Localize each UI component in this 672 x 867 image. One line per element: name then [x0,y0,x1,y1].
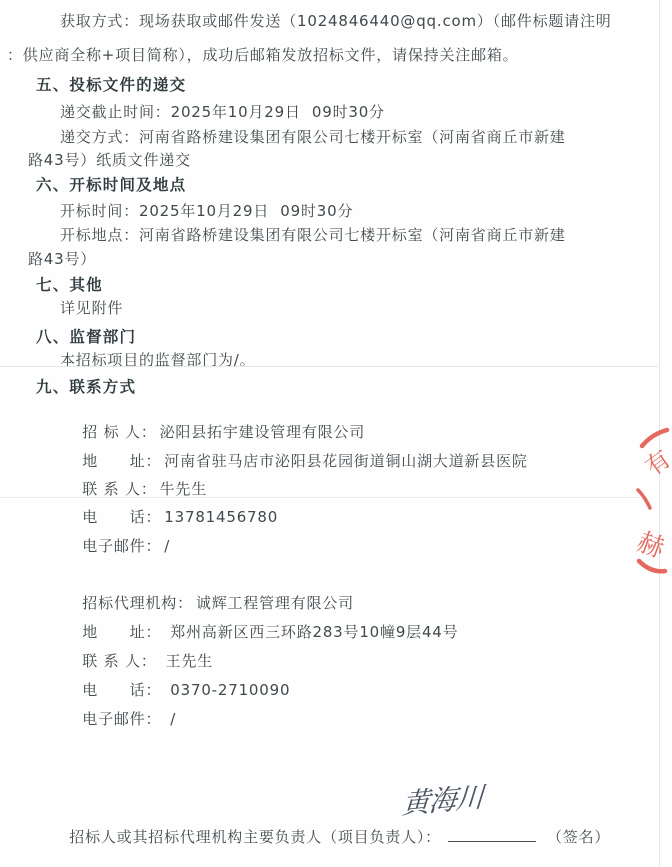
agency-address-value: 郑州高新区西三环路283号10幢9层44号 [170,623,458,641]
submission-deadline: 递交截止时间：2025年10月29日 09时30分 [60,104,385,121]
bid-opening-time: 开标时间：2025年10月29日 09时30分 [60,203,353,220]
section9-heading: 九、联系方式 [36,379,136,396]
tenderer-address-value: 河南省驻马店市泌阳县花园街道铜山湖大道新县医院 [164,452,527,470]
signature-underline [448,828,536,842]
section7-heading: 七、其他 [36,277,103,294]
submission-method-line2: 路43号）纸质文件递交 [28,152,191,169]
red-seal-fragment: 有 赫 [636,424,672,579]
seal-ring-bottom-arc [639,561,665,571]
seal-ring-top-arc [642,430,667,446]
section7-body: 详见附件 [60,300,123,317]
seal-character-top: 有 [640,445,672,482]
agency-email-label: 电子邮件： [82,710,161,728]
bid-opening-place-line1: 开标地点：河南省路桥建设集团有限公司七楼开标室（河南省商丘市新建 [60,227,566,244]
scan-artifact-hline-1 [0,366,658,367]
tenderer-email-value: / [164,537,170,555]
tenderer-email-row: 电子邮件：/ [60,521,170,572]
signature-suffix: （签名） [547,828,610,846]
submission-method-line1: 递交方式：河南省路桥建设集团有限公司七楼开标室（河南省商丘市新建 [60,129,566,146]
tenderer-email-label: 电子邮件： [82,537,161,555]
acquisition-method-line1: 获取方式：现场获取或邮件发送（1024846440@qq.com）（邮件标题请注… [60,13,612,30]
section6-heading: 六、开标时间及地点 [36,177,186,194]
tenderer-phone-value: 13781456780 [164,508,278,526]
agency-phone-value: 0370-2710090 [170,681,290,699]
acquisition-method-line2: ：供应商全称+项目简称），成功后邮箱发放招标文件，请保持关注邮箱。 [7,47,518,64]
section8-heading: 八、监督部门 [36,329,136,346]
agency-email-row: 电子邮件：/ [60,694,176,745]
tender-notice-document-page: 获取方式：现场获取或邮件发送（1024846440@qq.com）（邮件标题请注… [0,0,672,867]
bid-opening-place-line2: 路43号） [28,251,96,268]
handwritten-signature: 黄海川 [401,775,485,822]
seal-stroke-middle [638,490,650,508]
agency-email-value: / [170,710,176,728]
section5-heading: 五、投标文件的递交 [36,77,186,94]
scan-artifact-hline-2 [0,497,640,498]
seal-character-bottom: 赫 [636,527,669,564]
signature-row: 招标人或其招标代理机构主要负责人（项目负责人）：（签名） [47,811,610,863]
signature-label: 招标人或其招标代理机构主要负责人（项目负责人）： [69,828,441,846]
